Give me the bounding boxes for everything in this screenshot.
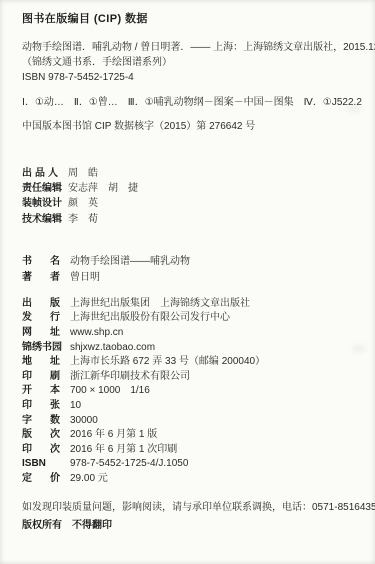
info-label: 出品人 bbox=[22, 166, 58, 181]
cip-record-block: 动物手绘图谱．哺乳动物 / 曾日明著．—— 上海：上海锦绣文章出版社，2015.… bbox=[22, 40, 357, 85]
copyright-statement: 版权所有 不得翻印 bbox=[22, 518, 357, 533]
book-row-format: 开本 700 × 1000 1/16 bbox=[22, 384, 357, 399]
cip-title: 图书在版编目 (CIP) 数据 bbox=[22, 12, 357, 26]
info-label: 印张 bbox=[22, 399, 60, 414]
book-row-distributor: 发行 上海世纪出版股份有限公司发行中心 bbox=[22, 311, 357, 326]
cip-copyright-page: 图书在版编目 (CIP) 数据 动物手绘图谱．哺乳动物 / 曾日明著．—— 上海… bbox=[0, 0, 375, 564]
info-label: 责任编辑 bbox=[22, 181, 58, 196]
info-value: 上海世纪出版集团 上海锦绣文章出版社 bbox=[70, 297, 250, 312]
staff-row-producer: 出品人 周 皓 bbox=[22, 166, 357, 181]
info-label: 书名 bbox=[22, 254, 60, 270]
cip-classification-line: Ⅰ．①动… Ⅱ．①曾… Ⅲ．①哺乳动物纲－图案－中国－图集 Ⅳ．①J522.2 bbox=[22, 95, 357, 110]
cip-record-line: 动物手绘图谱．哺乳动物 / 曾日明著．—— 上海：上海锦绣文章出版社，2015.… bbox=[22, 40, 357, 55]
info-value: shjxwz.taobao.com bbox=[70, 341, 155, 356]
info-value: 李 荀 bbox=[68, 212, 98, 227]
book-title-block: 书名 动物手绘图谱——哺乳动物 著者 曾日明 bbox=[22, 254, 357, 286]
scan-artifact bbox=[346, 106, 362, 111]
book-row-price: 定价 29.00 元 bbox=[22, 472, 357, 487]
book-row-address: 地址 上海市长乐路 672 弄 33 号（邮编 200040） bbox=[22, 355, 357, 370]
info-value: 上海市长乐路 672 弄 33 号（邮编 200040） bbox=[70, 355, 265, 370]
book-row-sheets: 印张 10 bbox=[22, 399, 357, 414]
info-label: 锦绣书园 bbox=[22, 341, 60, 356]
info-value: 10 bbox=[70, 399, 81, 414]
info-value: 30000 bbox=[70, 414, 98, 429]
scan-artifact bbox=[352, 346, 366, 351]
book-row-printer: 印刷 浙江新华印刷技术有限公司 bbox=[22, 370, 357, 385]
info-label: 著者 bbox=[22, 270, 60, 286]
cip-isbn-line: ISBN 978-7-5452-1725-4 bbox=[22, 70, 357, 85]
info-value: 浙江新华印刷技术有限公司 bbox=[70, 370, 190, 385]
staff-block: 出品人 周 皓 责任编辑 安志萍 胡 捷 装帧设计 颜 英 技术编辑 李 荀 bbox=[22, 166, 357, 227]
book-row-title: 书名 动物手绘图谱——哺乳动物 bbox=[22, 254, 357, 270]
info-label: 地址 bbox=[22, 355, 60, 370]
quality-notice: 如发现印装质量问题，影响阅读，请与承印单位联系调换，电话：0571-851643… bbox=[22, 500, 357, 515]
info-label: 印次 bbox=[22, 443, 60, 458]
info-value: 颜 英 bbox=[68, 196, 98, 211]
cip-series-line: （锦绣文通书系．手绘图谱系列） bbox=[22, 55, 357, 70]
info-value: 700 × 1000 1/16 bbox=[70, 384, 150, 399]
info-label: 定价 bbox=[22, 472, 60, 487]
info-value: 978-7-5452-1725-4/J.1050 bbox=[70, 457, 188, 472]
info-value: 动物手绘图谱——哺乳动物 bbox=[70, 254, 190, 270]
info-value: www.shp.cn bbox=[70, 326, 123, 341]
book-row-isbn: ISBN 978-7-5452-1725-4/J.1050 bbox=[22, 457, 357, 472]
info-label: 网址 bbox=[22, 326, 60, 341]
book-row-edition: 版次 2016 年 6 月第 1 版 bbox=[22, 428, 357, 443]
info-label: ISBN bbox=[22, 457, 60, 472]
book-row-word-count: 字数 30000 bbox=[22, 414, 357, 429]
book-row-website: 网址 www.shp.cn bbox=[22, 326, 357, 341]
book-row-printing: 印次 2016 年 6 月第 1 次印刷 bbox=[22, 443, 357, 458]
info-label: 版次 bbox=[22, 428, 60, 443]
info-value: 上海世纪出版股份有限公司发行中心 bbox=[70, 311, 230, 326]
info-value: 曾日明 bbox=[70, 270, 100, 286]
cip-catalog-number-line: 中国版本图书馆 CIP 数据核字（2015）第 276642 号 bbox=[22, 119, 357, 134]
staff-row-designer: 装帧设计 颜 英 bbox=[22, 196, 357, 211]
publication-info-block: 出版 上海世纪出版集团 上海锦绣文章出版社 发行 上海世纪出版股份有限公司发行中… bbox=[22, 297, 357, 487]
info-label: 装帧设计 bbox=[22, 196, 58, 211]
info-value: 2016 年 6 月第 1 版 bbox=[70, 428, 157, 443]
info-label: 字数 bbox=[22, 414, 60, 429]
book-row-author: 著者 曾日明 bbox=[22, 270, 357, 286]
info-label: 印刷 bbox=[22, 370, 60, 385]
staff-row-editor: 责任编辑 安志萍 胡 捷 bbox=[22, 181, 357, 196]
book-row-bookstore: 锦绣书园 shjxwz.taobao.com bbox=[22, 341, 357, 356]
info-label: 技术编辑 bbox=[22, 212, 58, 227]
info-label: 出版 bbox=[22, 297, 60, 312]
info-value: 安志萍 胡 捷 bbox=[68, 181, 138, 196]
staff-row-tech-editor: 技术编辑 李 荀 bbox=[22, 212, 357, 227]
info-value: 29.00 元 bbox=[70, 472, 108, 487]
info-value: 2016 年 6 月第 1 次印刷 bbox=[70, 443, 177, 458]
info-value: 周 皓 bbox=[68, 166, 98, 181]
info-label: 开本 bbox=[22, 384, 60, 399]
info-label: 发行 bbox=[22, 311, 60, 326]
book-row-publisher: 出版 上海世纪出版集团 上海锦绣文章出版社 bbox=[22, 297, 357, 312]
